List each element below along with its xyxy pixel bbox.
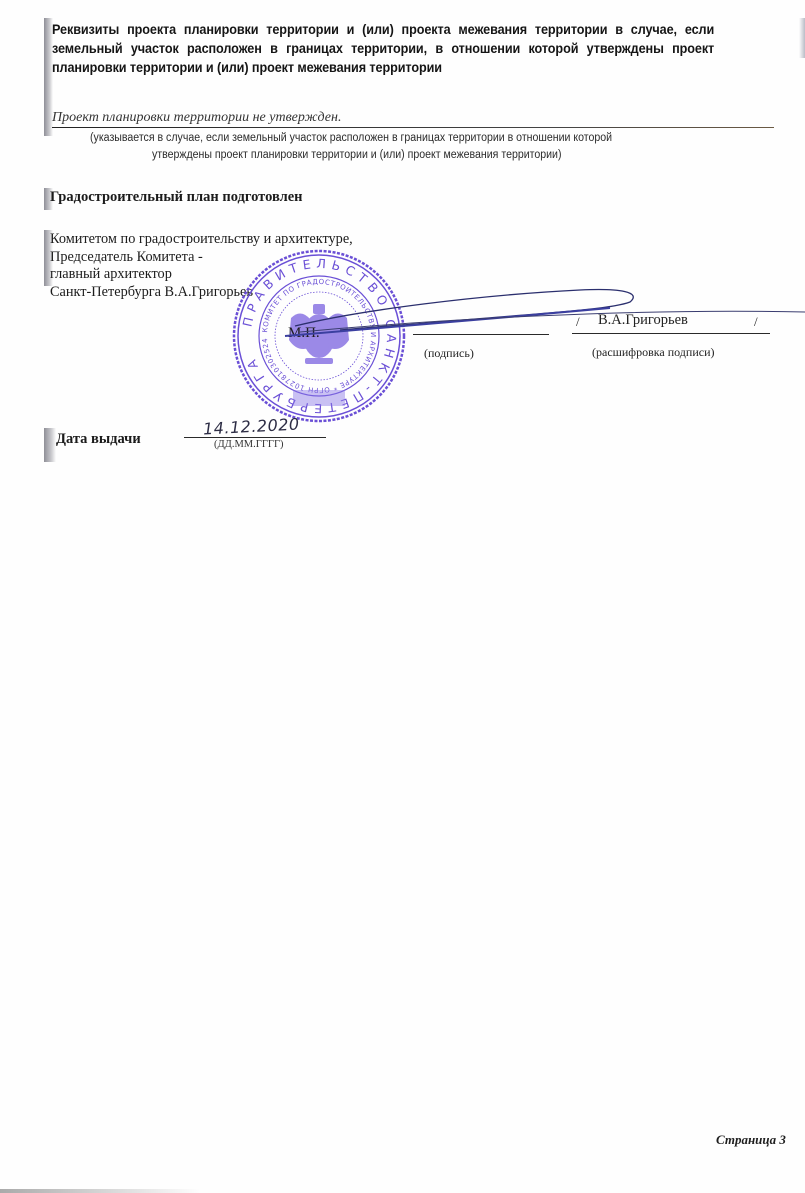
name-caption: (расшифровка подписи) bbox=[592, 345, 715, 360]
requisites-hint-line2: утверждены проект планировки территории … bbox=[152, 147, 561, 164]
requisites-value: Проект планировки территории не утвержде… bbox=[52, 110, 341, 126]
requisites-hint-line1: (указывается в случае, если земельный уч… bbox=[90, 130, 612, 147]
slash-left: / bbox=[576, 314, 580, 330]
signature-line bbox=[413, 334, 549, 335]
signature-caption: (подпись) bbox=[424, 346, 474, 361]
requisites-underline bbox=[52, 127, 774, 128]
scan-edge-right bbox=[799, 18, 805, 58]
page-number: Страница 3 bbox=[716, 1132, 786, 1148]
requisites-title: Реквизиты проекта планировки территории … bbox=[52, 20, 714, 77]
issue-date-line bbox=[184, 437, 326, 438]
signer-name: В.А.Григорьев bbox=[598, 312, 688, 329]
prepared-line: Комитетом по градостроительству и архите… bbox=[50, 231, 353, 249]
handwritten-signature bbox=[280, 270, 805, 350]
issue-date-label: Дата выдачи bbox=[56, 431, 141, 448]
name-line bbox=[572, 333, 770, 334]
prepared-heading: Градостроительный план подготовлен bbox=[50, 189, 303, 206]
scan-shadow bbox=[0, 1189, 200, 1193]
slash-right: / bbox=[754, 314, 758, 330]
issue-date-format: (ДД.ММ.ГГГГ) bbox=[214, 439, 284, 450]
issue-date-value: 14.12.2020 bbox=[203, 414, 300, 438]
scan-edge bbox=[44, 428, 56, 462]
